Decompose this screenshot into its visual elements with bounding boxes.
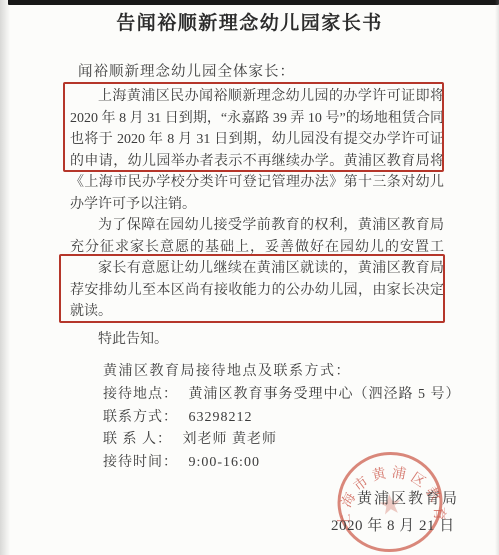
closing-note: 特此告知。 — [70, 329, 444, 351]
body-text: 上海黄浦区民办闻裕顺新理念幼儿园的办学许可证即将于 2020 年 8 月 31 … — [70, 86, 444, 350]
contact-value: 9:00-16:00 — [189, 452, 260, 475]
contact-value: 63298212 — [189, 407, 253, 430]
body-line: 也将于 2020 年 8 月 31 日到期，幼儿园没有提交办学许可证延续 — [70, 129, 444, 151]
signature-date: 2020 年 8 月 21 日 — [331, 514, 455, 535]
contact-label: 联系方式： — [103, 407, 178, 430]
contact-row-address: 接待地点： 黄浦区教育事务受理中心（泗泾路 5 号） — [103, 384, 461, 407]
body-line: 荐安排幼儿至本区尚有接收能力的公办幼儿园，由家长决定是否 — [70, 280, 444, 302]
document-title: 告闻裕顺新理念幼儿园家长书 — [0, 8, 499, 35]
body-line: 充分征求家长意愿的基础上，妥善做好在园幼儿的安置工作。 — [70, 237, 444, 259]
contact-label: 接待时间： — [103, 452, 178, 475]
body-line: 《上海市民办学校分类许可登记管理办法》第十三条对幼儿园的 — [70, 172, 444, 194]
body-line: 上海黄浦区民办闻裕顺新理念幼儿园的办学许可证即将于 — [70, 86, 444, 108]
contact-value: 黄浦区教育事务受理中心（泗泾路 5 号） — [189, 384, 461, 407]
body-line: 办学许可予以注销。 — [70, 194, 444, 216]
signature-organization: 黄浦区教育局 — [357, 487, 459, 508]
document-page: 告闻裕顺新理念幼儿园家长书 闻裕顺新理念幼儿园全体家长： 上海黄浦区民办闻裕顺新… — [0, 0, 499, 555]
contact-heading: 黄浦区教育局接待地点及联系方式： — [103, 360, 351, 380]
body-line: 2020 年 8 月 31 日到期，“永嘉路 39 弄 10 号”的场地租赁合同 — [70, 108, 444, 130]
contact-row-phone: 联系方式： 63298212 — [103, 407, 461, 430]
salutation: 闻裕顺新理念幼儿园全体家长： — [78, 60, 295, 81]
contact-value: 刘老师 黄老师 — [183, 429, 278, 452]
body-line: 就读。 — [70, 301, 444, 323]
body-line: 的申请，幼儿园举办者表示不再继续办学。黄浦区教育局将依据 — [70, 151, 444, 173]
body-line: 家长有意愿让幼儿继续在黄浦区就读的，黄浦区教育局将推 — [70, 258, 444, 280]
contact-label: 接待地点： — [103, 384, 178, 407]
body-line: 为了保障在园幼儿接受学前教育的权利，黄浦区教育局将在 — [70, 215, 444, 237]
scan-artifact-bar — [8, 0, 499, 5]
contact-label: 联 系 人： — [103, 429, 172, 452]
